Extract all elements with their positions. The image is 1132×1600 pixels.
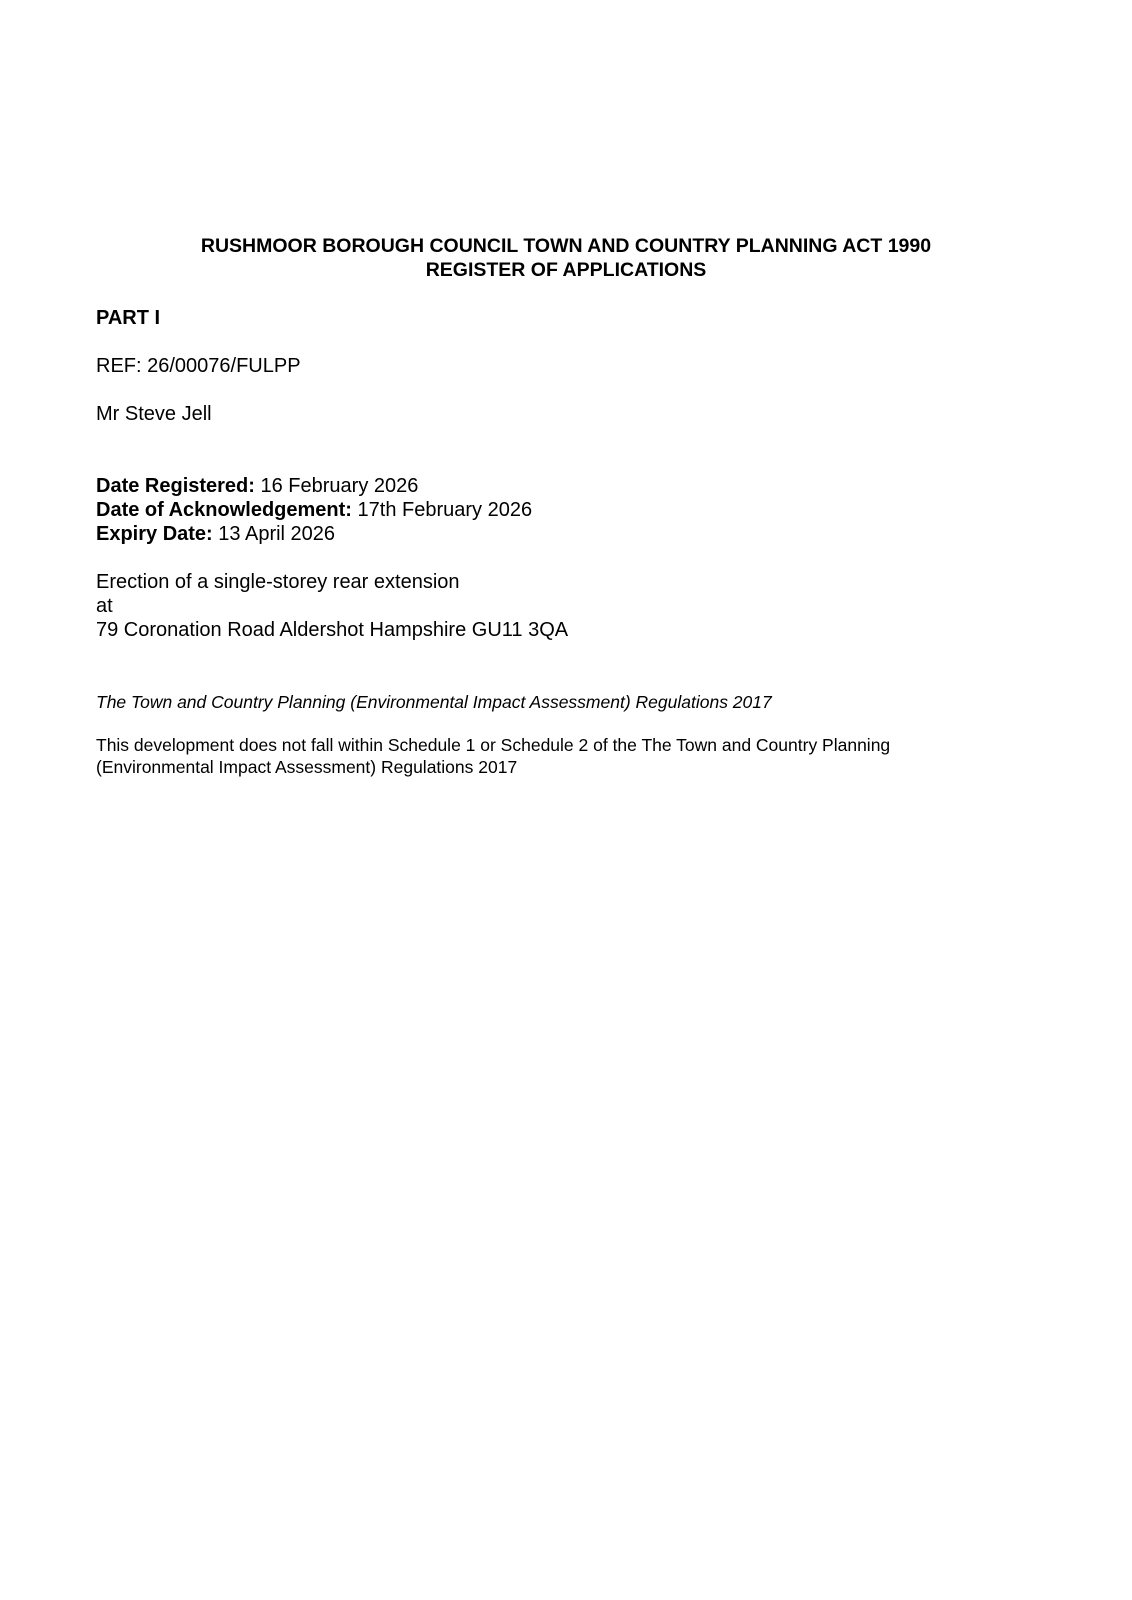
site-address: 79 Coronation Road Aldershot Hampshire G… — [96, 618, 568, 642]
expiry-date-label: Expiry Date: — [96, 523, 213, 545]
expiry-date-value: 13 April 2026 — [213, 523, 335, 545]
application-reference: REF: 26/00076/FULPP — [96, 354, 301, 378]
applicant-name: Mr Steve Jell — [96, 402, 212, 426]
document-subtitle: REGISTER OF APPLICATIONS — [0, 258, 1132, 282]
date-registered-label: Date Registered: — [96, 475, 255, 497]
date-registered: Date Registered: 16 February 2026 — [96, 474, 418, 498]
eia-statement-line-2: (Environmental Impact Assessment) Regula… — [96, 756, 517, 778]
part-heading: PART I — [96, 306, 160, 330]
document-title: RUSHMOOR BOROUGH COUNCIL TOWN AND COUNTR… — [0, 234, 1132, 258]
document-page: RUSHMOOR BOROUGH COUNCIL TOWN AND COUNTR… — [0, 0, 1132, 1600]
eia-regulations-title: The Town and Country Planning (Environme… — [96, 691, 772, 713]
proposal-connector: at — [96, 594, 113, 618]
expiry-date: Expiry Date: 13 April 2026 — [96, 522, 335, 546]
date-acknowledgement-label: Date of Acknowledgement: — [96, 499, 352, 521]
date-registered-value: 16 February 2026 — [255, 475, 418, 497]
date-acknowledgement: Date of Acknowledgement: 17th February 2… — [96, 498, 532, 522]
proposal-description: Erection of a single-storey rear extensi… — [96, 570, 460, 594]
eia-statement-line-1: This development does not fall within Sc… — [96, 734, 890, 756]
date-acknowledgement-value: 17th February 2026 — [352, 499, 532, 521]
